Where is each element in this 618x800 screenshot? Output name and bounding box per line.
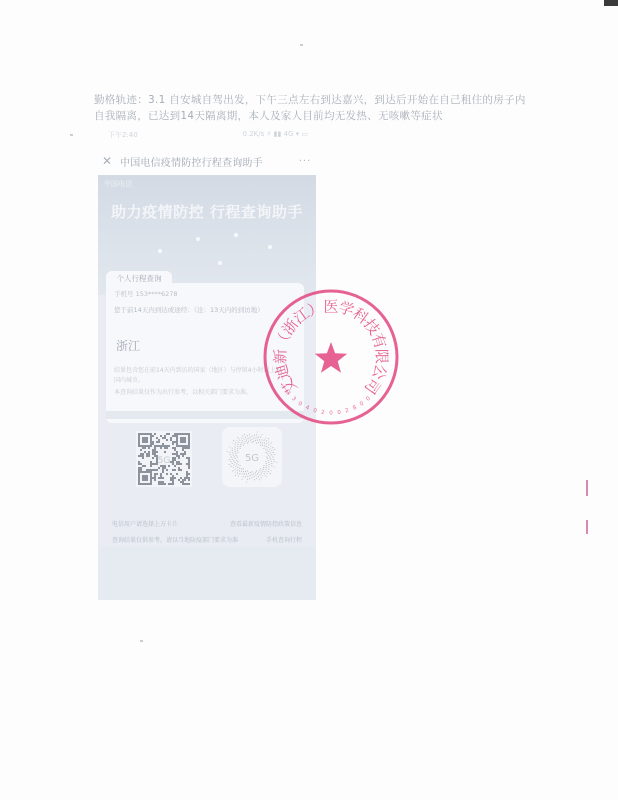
visited-province: 浙江 <box>116 337 140 354</box>
svg-text:0: 0 <box>365 395 372 402</box>
seal-star-icon: 艾迪新（浙江）医学科技有限公司3304020028001 <box>261 287 401 427</box>
svg-text:2: 2 <box>321 410 325 416</box>
edge-mark <box>586 480 588 496</box>
phone-number: 手机号 153****6278 <box>114 289 178 298</box>
link-card-hint[interactable]: 电信用户请选择上方卡片 <box>112 519 178 528</box>
edge-mark <box>586 520 588 534</box>
status-bar: 下午2:40 0.2K/s ⚡ ▮▮ 4G ▾ ▭ <box>108 130 308 140</box>
svg-text:0: 0 <box>297 401 304 408</box>
status-time: 下午2:40 <box>108 130 138 140</box>
detail-line: 本查询结果仅作为出行参考，以相关部门要求为准。 <box>114 387 252 396</box>
qr-code[interactable]: 5G <box>136 431 192 487</box>
svg-text:5G: 5G <box>158 456 171 466</box>
svg-text:5G: 5G <box>245 453 259 464</box>
document-line-1: 勤格轨迹：3.1 自安城自驾出发，下午三点左右到达嘉兴，到达后开始在自己租住的房… <box>94 92 514 108</box>
scan-speck <box>140 640 143 642</box>
codes-section: 5G 5G <box>98 425 316 520</box>
link-disclaimer[interactable]: 查询结果仅供参考，请以当地防疫部门要求为准 <box>112 535 238 544</box>
link-phone-query[interactable]: 手机查询行程 <box>266 535 302 544</box>
app-titlebar: ✕ 中国电信疫情防控行程查询助手 ··· <box>98 152 316 170</box>
decor-dot <box>158 249 162 253</box>
svg-text:0: 0 <box>359 400 366 407</box>
decor-dot <box>218 261 222 265</box>
document-line-2: 自我隔离，已达到14天隔离期，本人及家人目前均无发热、无咳嗽等症状 <box>94 108 514 124</box>
status-indicators: 0.2K/s ⚡ ▮▮ 4G ▾ ▭ <box>243 130 308 140</box>
svg-text:3: 3 <box>290 396 297 403</box>
svg-text:限: 限 <box>372 349 390 364</box>
svg-text:8: 8 <box>352 405 358 412</box>
banner-slogan: 助力疫情防控 行程查询助手 <box>98 201 316 222</box>
bottom-area <box>98 547 316 600</box>
qr-code-icon: 5G <box>138 433 190 485</box>
more-icon[interactable]: ··· <box>294 156 316 167</box>
scan-edge-artifact <box>604 0 618 6</box>
5g-ring-logo: 5G <box>222 427 282 487</box>
svg-text:医: 医 <box>323 298 338 316</box>
scan-speck <box>70 134 73 136</box>
detail-line: 结果包含您在前14天内到访的国家（地区）与停留4小时以上的 <box>114 365 281 374</box>
document-body: 勤格轨迹：3.1 自安城自驾出发，下午三点左右到达嘉兴，到达后开始在自己租住的房… <box>94 92 514 124</box>
brand-logo: 中国电信 <box>104 179 132 189</box>
svg-text:0: 0 <box>337 410 342 417</box>
decor-dot <box>268 245 272 249</box>
svg-text:0: 0 <box>312 408 318 415</box>
5g-ring-icon: 5G <box>222 427 282 487</box>
svg-text:0: 0 <box>329 411 333 417</box>
footer-links: 电信用户请选择上方卡片 查看最新疫情防控政策信息 查询结果仅供参考，请以当地防疫… <box>98 515 316 547</box>
svg-text:2: 2 <box>345 408 350 415</box>
company-seal: 艾迪新（浙江）医学科技有限公司3304020028001 <box>261 287 401 427</box>
app-title: 中国电信疫情防控行程查询助手 <box>116 154 294 169</box>
decor-dot <box>196 237 200 241</box>
detail-line: 国内城市。 <box>114 375 144 384</box>
svg-text:4: 4 <box>304 405 310 412</box>
decor-dot <box>234 233 238 237</box>
close-icon[interactable]: ✕ <box>98 154 116 168</box>
link-policy-info[interactable]: 查看最新疫情防控政策信息 <box>230 519 302 528</box>
scan-speck <box>300 44 303 46</box>
